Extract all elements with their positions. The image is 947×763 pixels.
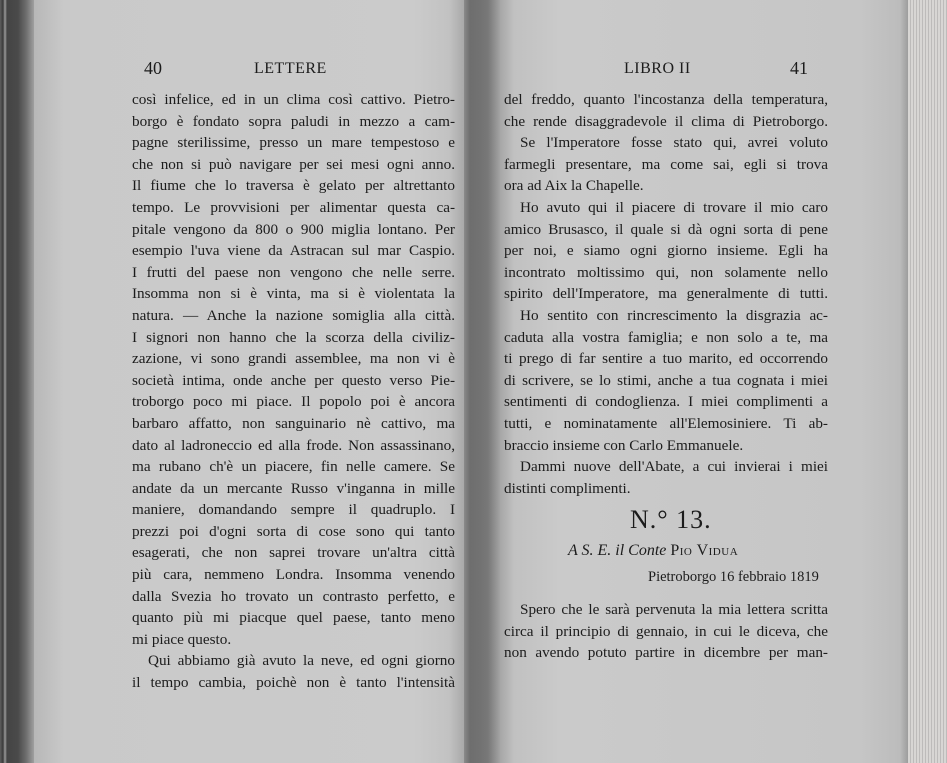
- running-head-left: LETTERE: [254, 60, 327, 78]
- text-line: caduta alla vostra famiglia; e non solo …: [504, 327, 828, 349]
- text-line: zazione, vi sono grandi assemblee, ma no…: [132, 348, 455, 370]
- text-line: Spero che le sarà pervenuta la mia lette…: [504, 599, 828, 621]
- letter-addressee: A S. E. il Conte Pio Vidua: [568, 542, 738, 560]
- text-line: ma rubano ch'è un piacere, fin nelle cam…: [132, 456, 455, 478]
- text-line: braccio insieme con Carlo Emmanuele.: [504, 435, 828, 457]
- text-line: esempio l'uva viene da Astracan sul mar …: [132, 240, 455, 262]
- text-line: prezzi poi d'ogni sorta di cose sono qui…: [132, 521, 455, 543]
- text-line: circa il principio di gennaio, in cui le…: [504, 621, 828, 643]
- text-line: Il fiume che lo traversa è gelato per al…: [132, 175, 455, 197]
- text-line: Insomma non si è vinta, ma si è violenta…: [132, 283, 455, 305]
- letter-dateline: Pietroborgo 16 febbraio 1819: [648, 569, 819, 586]
- text-line: Qui abbiamo già avuto la neve, ed ogni g…: [132, 650, 455, 672]
- letter-number: N.° 13.: [630, 505, 712, 535]
- text-line: tempo. Le provvisioni per alimentar ques…: [132, 197, 455, 219]
- text-line: ora ad Aix la Chapelle.: [504, 175, 828, 197]
- addressee-title: A S. E. il Conte: [568, 542, 666, 559]
- text-line: non avendo potuto partire in dicembre pe…: [504, 642, 828, 664]
- running-head-right: LIBRO II: [624, 60, 691, 78]
- text-line: Dammi nuove dell'Abate, a cui invierai i…: [504, 456, 828, 478]
- text-line: più cara, nemmeno Londra. Insomma venend…: [132, 564, 455, 586]
- text-line: pagne sterilissime, presso un mare tempe…: [132, 132, 455, 154]
- text-line: che non si può navigare per sei mesi ogn…: [132, 154, 455, 176]
- text-line: sentimenti di condoglienza. I miei compl…: [504, 391, 828, 413]
- text-line: I signori non hanno che la scorza della …: [132, 327, 455, 349]
- background-strip: [908, 0, 947, 763]
- text-line: distinti complimenti.: [504, 478, 828, 500]
- text-line: amico Brusasco, il quale si dà ogni sort…: [504, 219, 828, 241]
- text-line: dalla Svezia ho trovato un contrasto per…: [132, 586, 455, 608]
- text-line: il tempo cambia, poichè non è tanto l'in…: [132, 672, 455, 694]
- text-line: per noi, e siamo ogni giorno insieme. Eg…: [504, 240, 828, 262]
- text-line: pitale vengono da 800 o 900 miglia lonta…: [132, 219, 455, 241]
- text-line: ti prego di far sentire a tuo marito, ed…: [504, 348, 828, 370]
- text-line: così infelice, ed in un clima così catti…: [132, 89, 455, 111]
- text-line: Ho avuto qui il piacere di trovare il mi…: [504, 197, 828, 219]
- text-line: maniere, domandando sempre il quadruplo.…: [132, 499, 455, 521]
- text-line: di scrivere, se lo stimi, anche a tua co…: [504, 370, 828, 392]
- right-page-body: del freddo, quanto l'incostanza della te…: [504, 89, 828, 499]
- text-line: incontrato moltissimo qui, non solamente…: [504, 262, 828, 284]
- text-line: quanto più mi piacque quel paese, tanto …: [132, 607, 455, 629]
- text-line: andate da un mercante Russo v'inganna in…: [132, 478, 455, 500]
- page-number-left: 40: [144, 58, 162, 79]
- text-line: Se l'Imperatore fosse stato qui, avrei v…: [504, 132, 828, 154]
- text-line: tutti, e nominatamente all'Elemosiniere.…: [504, 413, 828, 435]
- book-gutter: [464, 0, 500, 763]
- book-edge-left: [0, 0, 34, 763]
- text-line: troborgo poco mi piace. Il popolo poi è …: [132, 391, 455, 413]
- text-line: Ho sentito con rincrescimento la disgraz…: [504, 305, 828, 327]
- left-page: 40 LETTERE così infelice, ed in un clima…: [34, 0, 464, 763]
- page-number-right: 41: [790, 58, 808, 79]
- text-line: mi piace questo.: [132, 629, 455, 651]
- text-line: spirito dell'Imperatore, ma generalmente…: [504, 283, 828, 305]
- text-line: del freddo, quanto l'incostanza della te…: [504, 89, 828, 111]
- text-line: società intima, onde anche per questo ve…: [132, 370, 455, 392]
- right-page: LIBRO II 41 del freddo, quanto l'incosta…: [500, 0, 908, 763]
- text-line: I frutti del paese non vengono che nelle…: [132, 262, 455, 284]
- letter-body: Spero che le sarà pervenuta la mia lette…: [504, 599, 828, 664]
- text-line: natura. — Anche la nazione somiglia alla…: [132, 305, 455, 327]
- text-line: che rende disaggradevole il clima di Pie…: [504, 111, 828, 133]
- text-line: borgo è fondato sopra paludi in mezzo a …: [132, 111, 455, 133]
- text-line: farmegli presentare, ma come sai, egli s…: [504, 154, 828, 176]
- left-page-body: così infelice, ed in un clima così catti…: [132, 89, 455, 694]
- text-line: barbaro affatto, non sanguinario nè catt…: [132, 413, 455, 435]
- addressee-name: Pio Vidua: [670, 542, 738, 559]
- text-line: dato al ladroneccio ed alla frode. Non a…: [132, 435, 455, 457]
- text-line: esagerati, che non saprei trovare un'alt…: [132, 542, 455, 564]
